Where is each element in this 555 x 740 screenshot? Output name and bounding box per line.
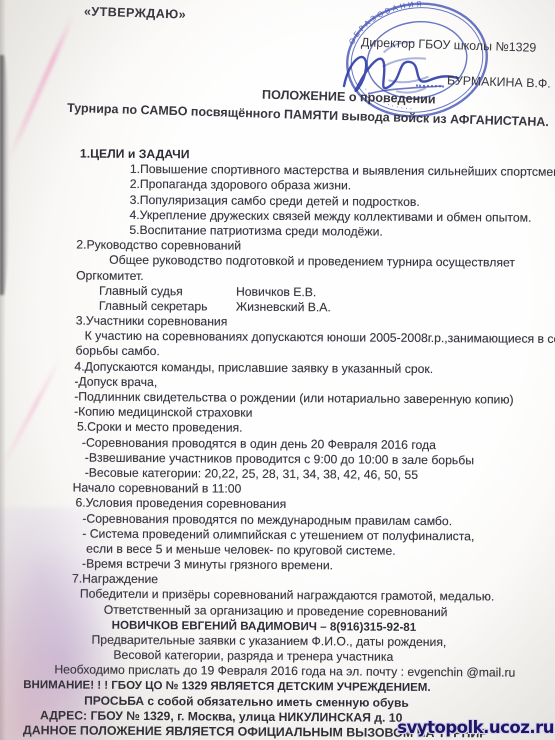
pink-streak-top [6, 14, 76, 162]
watermark: svytopolk.ucoz.ru [397, 718, 554, 737]
document-body: 1.ЦЕЛИ и ЗАДАЧИ1.Повышение спортивного м… [0, 146, 555, 740]
scanned-document: «УТВЕРЖДАЮ» О Б Р А З О В А Н И Я · · · … [0, 0, 555, 740]
text-col: Жизневский В.А. [236, 300, 331, 315]
text-col: Новичков Е.В. [236, 284, 316, 299]
text-col: Главный судья [99, 283, 236, 299]
approve-label: «УТВЕРЖДАЮ» [84, 4, 186, 21]
text-col: Главный секретарь [99, 299, 236, 315]
